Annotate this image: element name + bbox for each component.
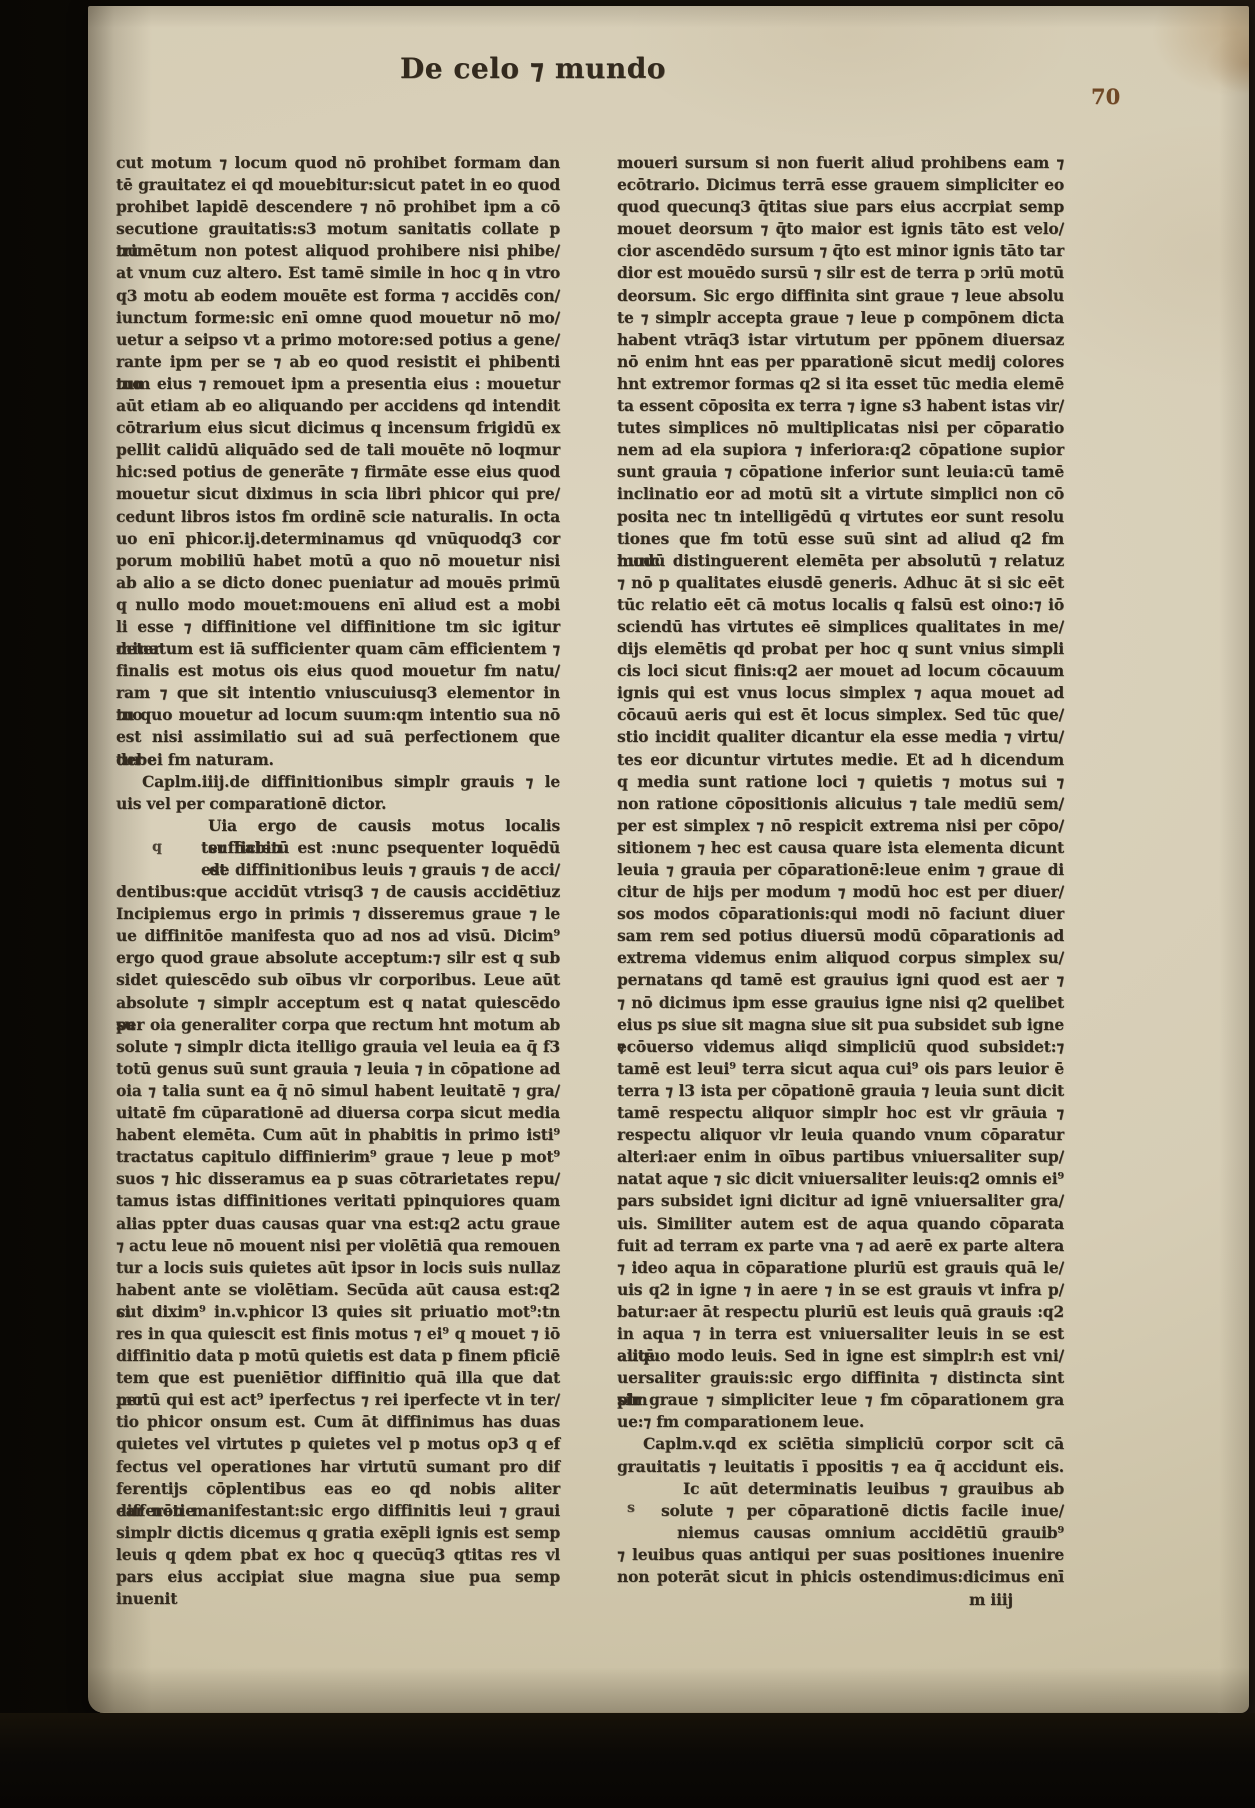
text-line: hnt extremor formas q2 si ita esset tūc … [617,373,1064,395]
text-line: uis. Similiter autem est de aqua quando … [617,1213,1064,1235]
text-line: ignis qui est vnus locus simplex ⁊ aqua … [617,682,1064,704]
text-line: moueri sursum si non fuerit aliud prohib… [617,152,1064,174]
text-line: in aqua ⁊ in terra est vniuersaliter leu… [617,1323,1064,1345]
text-line: cut motum ⁊ locum quod nō prohibet forma… [116,152,560,174]
text-line: ferentijs cōplentibus eas eo qd nobis al… [116,1478,560,1500]
text-line: aūt etiam ab eo aliquando per accidens q… [116,395,560,417]
text-line: sam rem sed potius diuersū modū cōparati… [617,925,1064,947]
text-line: mouetur sicut diximus in scia libri phic… [116,483,560,505]
text-line: res in qua quiescit est finis motus ⁊ ei… [116,1323,560,1345]
text-line: porum mobiliū habet motū a quo nō mouetu… [116,550,560,572]
text-line: mouet deorsum ⁊ q̄to maior est ignis tāt… [617,218,1064,240]
text-line: ⁊ actu leue nō mouent nisi per violētiā … [116,1235,560,1257]
text-line: habent vtrāq3 istar virtutum per ppōnem … [617,329,1064,351]
text-line: q nullo modo mouet:mouens enī aliud est … [116,594,560,616]
text-line: plr graue ⁊ simpliciter leue ⁊ fm cōpara… [617,1389,1064,1411]
text-line: Uia ergo de causis motus localis suffici… [116,815,560,837]
guide-letter-right: s [627,1500,635,1516]
text-line: tamus istas diffinitiones veritati ppinq… [116,1190,560,1212]
text-line: diffinitio data p motū quietis est data … [116,1345,560,1367]
text-line: ecōuerso videmus aliqd simpliciū quod su… [617,1036,1064,1058]
text-line: nō enim hnt eas per pparationē sicut med… [617,351,1064,373]
text-line: prohibet lapidē descendere ⁊ nō prohibet… [116,196,560,218]
text-line: q3 motu ab eodem mouēte est forma ⁊ acci… [116,285,560,307]
text-line: tamē est leui⁹ terra sicut aqua cui⁹ ois… [617,1058,1064,1080]
text-line: est nisi assimilatio sui ad suā perfecti… [116,726,560,748]
text-line: non ratione cōpositionis alicuius ⁊ tale… [617,793,1064,815]
text-line: alias ppter duas causas quar vna est:q2 … [116,1213,560,1235]
text-line: quod quecunq3 q̄titas siue pars eius acc… [617,196,1064,218]
text-line: habent elemēta. Cum aūt in phabitis in p… [116,1124,560,1146]
text-line: ⁊ ideo aqua in cōparatione pluriū est gr… [617,1257,1064,1279]
text-line: ear non manifestant:sic ergo diffinitis … [116,1500,560,1522]
text-line: hic:sed potius de generāte ⁊ firmāte ess… [116,461,560,483]
text-line: dentibus:que accidūt vtrisq3 ⁊ de causis… [116,881,560,903]
text-line: pars eius accipiat siue magna siue pua s… [116,1566,560,1588]
text-line: leuis q qdem pbat ex hoc q quecūq3 qtita… [116,1544,560,1566]
text-line: stio incidit qualiter dicantur ela esse … [617,726,1064,748]
text-column-right: s m iiij moueri sursum si non fuerit ali… [617,152,1064,1588]
text-line: te ⁊ simplr accepta graue ⁊ leue p compō… [617,307,1064,329]
text-line: ab alio a se dicto donec pueniatur ad mo… [116,572,560,594]
text-line: nem ad ela supiora ⁊ inferiora:q2 cōpati… [617,439,1064,461]
text-line: pernatans qd tamē est grauius igni quod … [617,969,1064,991]
text-line: fectus vel operationes har virtutū suman… [116,1456,560,1478]
text-line: tur a locis suis quietes aūt ipsor in lo… [116,1257,560,1279]
text-line: tiones que fm totū esse suū sint ad aliu… [617,528,1064,550]
text-line: Incipiemus ergo in primis ⁊ disseremus g… [116,903,560,925]
text-line: modū distinguerent elemēta per absolutū … [617,550,1064,572]
text-line: sitionem ⁊ hec est causa quare ista elem… [617,837,1064,859]
text-line: sos modos cōparationis:qui modi nō faciu… [617,903,1064,925]
text-line: natat aque ⁊ sic dicit vniuersaliter leu… [617,1168,1064,1190]
text-line: tractatus capitulo diffinierim⁹ graue ⁊ … [116,1146,560,1168]
text-line: uitatē fm cūparationē ad diuersa corpa s… [116,1102,560,1124]
text-line: tē grauitatez ei qd mouebitur:sicut pate… [116,174,560,196]
text-line: tutes simplices nō multiplicatas nisi pe… [617,417,1064,439]
text-line: de diffinitionibus leuis ⁊ grauis ⁊ de a… [116,859,560,881]
text-line: uis vel per comparationē dictor. [116,793,560,815]
text-line: inclinatio eor ad motū sit a virtute sim… [617,483,1064,505]
text-line: tur ei fm naturam. [116,749,560,771]
text-line: posita nec tn intelligēdū q virtutes eor… [617,506,1064,528]
text-line: minatum est iā sufficienter quam cām eff… [116,638,560,660]
text-line: ue:⁊ fm comparationem leue. [617,1411,1064,1433]
text-line: cōcauū aeris qui est ēt locus simplex. S… [617,704,1064,726]
text-line: alteri:aer enim in oībus partibus vniuer… [617,1146,1064,1168]
page-edge-decoration [100,1712,1218,1720]
text-line: ⁊ nō p qualitates eiusdē generis. Adhuc … [617,572,1064,594]
text-line: tio phicor onsum est. Cum āt diffinimus … [116,1411,560,1433]
text-line: cut dixim⁹ in.v.phicor l3 quies sit priu… [116,1301,560,1323]
text-line: habent ante se violētiam. Secūda aūt cau… [116,1279,560,1301]
text-line: cis loci sicut finis:q2 aer mouet ad loc… [617,660,1064,682]
text-line: tem que est pueniētior diffinitio quā il… [116,1367,560,1389]
text-line: uis q2 in igne ⁊ in aere ⁊ in se est gra… [617,1279,1064,1301]
text-line: eius ps siue sit magna siue sit pua subs… [617,1014,1064,1036]
signature-mark: m iiij [969,1590,1013,1609]
text-line: solute ⁊ simplr dicta itelligo grauia ve… [116,1036,560,1058]
text-line: motū qui est act⁹ iperfectus ⁊ rei iperf… [116,1389,560,1411]
text-line: aliquo modo leuis. Sed in igne est simpl… [617,1345,1064,1367]
text-line: grauitatis ⁊ leuitatis ī ppositis ⁊ ea q… [617,1456,1064,1478]
text-line: deorsum. Sic ergo diffinita sint graue ⁊… [617,285,1064,307]
page-scan-background: De celo ⁊ mundo 70 q cut motum ⁊ locum q… [0,0,1255,1808]
text-line: sidet quiescēdo sub oībus vlr corporibus… [116,969,560,991]
text-line: ta essent cōposita ex terra ⁊ igne s3 ha… [617,395,1064,417]
text-line: ram ⁊ que sit intentio vniuscuiusq3 elem… [116,682,560,704]
text-line: rante ipm per se ⁊ ab eo quod resistit e… [116,351,560,373]
text-line: leuia ⁊ grauia per cōparationē:leue enim… [617,859,1064,881]
text-line: pellit calidū aliquādo sed de tali mouēt… [116,439,560,461]
text-line: cōtrarium eius sicut dicimus q incensum … [116,417,560,439]
text-line: absolute ⁊ simplr acceptum est q natat q… [116,992,560,1014]
text-line: cedunt libros istos fm ordinē scie natur… [116,506,560,528]
text-line: ⁊ leuibus quas antiqui per suas position… [617,1544,1064,1566]
text-line: niemus causas omnium accidētiū grauib⁹ [617,1522,1064,1544]
text-line: oia ⁊ talia sunt ea q̄ nō simul habent l… [116,1080,560,1102]
folio-number: 70 [1091,84,1151,109]
book-page: De celo ⁊ mundo 70 q cut motum ⁊ locum q… [88,6,1249,1713]
text-line: uo enī phicor.ij.determinamus qd vnūquod… [116,528,560,550]
text-line: tes eor dicuntur virtutes medie. Et ad h… [617,749,1064,771]
text-line: Caplm.iiij.de diffinitionibus simplr gra… [116,771,560,793]
text-line: fuit ad terram ex parte vna ⁊ ad aerē ex… [617,1235,1064,1257]
text-line: citur de hijs per modum ⁊ modū hoc est p… [617,881,1064,903]
text-line: dior est mouēdo sursū ⁊ silr est de terr… [617,262,1064,284]
text-line: terra ⁊ l3 ista per cōpationē grauia ⁊ l… [617,1080,1064,1102]
text-line: secutione grauitatis:s3 motum sanitatis … [116,218,560,240]
text-line: tamē respectu aliquor simplr hoc est vlr… [617,1102,1064,1124]
text-line: uetur a seipso vt a primo motore:sed pot… [116,329,560,351]
text-line: suos ⁊ hic disseramus ea p suas cōtrarie… [116,1168,560,1190]
text-line: respectu aliquor vlr leuia quando vnum c… [617,1124,1064,1146]
text-line: extrema videmus enim aliquod corpus simp… [617,947,1064,969]
text-line: ue diffinitōe manifesta quo ad nos ad vi… [116,925,560,947]
text-line: trimētum non potest aliquod prohibere ni… [116,240,560,262]
text-line: sciendū has virtutes eē simplices qualit… [617,616,1064,638]
text-line: simplr dictis dicemus q gratia exēpli ig… [116,1522,560,1544]
text-line: finalis est motus ois eius quod mouetur … [116,660,560,682]
text-line: per oia generaliter corpa que rectum hnt… [116,1014,560,1036]
text-column-left: q cut motum ⁊ locum quod nō prohibet for… [116,152,560,1588]
text-line: ecōtrario. Dicimus terrā esse grauem sim… [617,174,1064,196]
text-line: pars subsidet igni dicitur ad ignē vniue… [617,1190,1064,1212]
text-line: tu quo mouetur ad locum suum:qm intentio… [116,704,560,726]
text-line: li esse ⁊ diffinitione vel diffinitione … [116,616,560,638]
text-line: batur:aer āt respectu pluriū est leuis q… [617,1301,1064,1323]
text-line: non poterāt sicut in phicis ostendimus:d… [617,1566,1064,1588]
text-line: ter habitū est :nunc psequenter loquēdū … [116,837,560,859]
text-line: tūc relatio eēt cā motus localis q falsū… [617,594,1064,616]
text-line: tum eius ⁊ remouet ipm a presentia eius … [116,373,560,395]
text-line: ⁊ nō dicimus ipm esse grauius igne nisi … [617,992,1064,1014]
text-line: iunctum forme:sic enī omne quod mouetur … [116,307,560,329]
text-line: solute ⁊ per cōparationē dictis facile i… [617,1500,1064,1522]
text-line: cior ascendēdo sursum ⁊ q̄to est minor i… [617,240,1064,262]
text-line: sunt grauia ⁊ cōpatione inferior sunt le… [617,461,1064,483]
text-line: quietes vel virtutes p quietes vel p mot… [116,1433,560,1455]
text-line: Caplm.v.qd ex sciētia simpliciū corpor s… [617,1433,1064,1455]
text-line: ergo quod graue absolute acceptum:⁊ silr… [116,947,560,969]
guide-letter-left: q [152,839,162,855]
text-line: totū genus suū sunt grauia ⁊ leuia ⁊ in … [116,1058,560,1080]
text-line: q media sunt ratione loci ⁊ quietis ⁊ mo… [617,771,1064,793]
text-line: uersaliter grauis:sic ergo diffinita ⁊ d… [617,1367,1064,1389]
text-line: at vnum cuz altero. Est tamē simile in h… [116,262,560,284]
text-line: Ic aūt determinatis leuibus ⁊ grauibus a… [617,1478,1064,1500]
running-title: De celo ⁊ mundo [368,52,698,85]
text-line: dijs elemētis qd probat per hoc q sunt v… [617,638,1064,660]
text-line: per est simplex ⁊ nō respicit extrema ni… [617,815,1064,837]
